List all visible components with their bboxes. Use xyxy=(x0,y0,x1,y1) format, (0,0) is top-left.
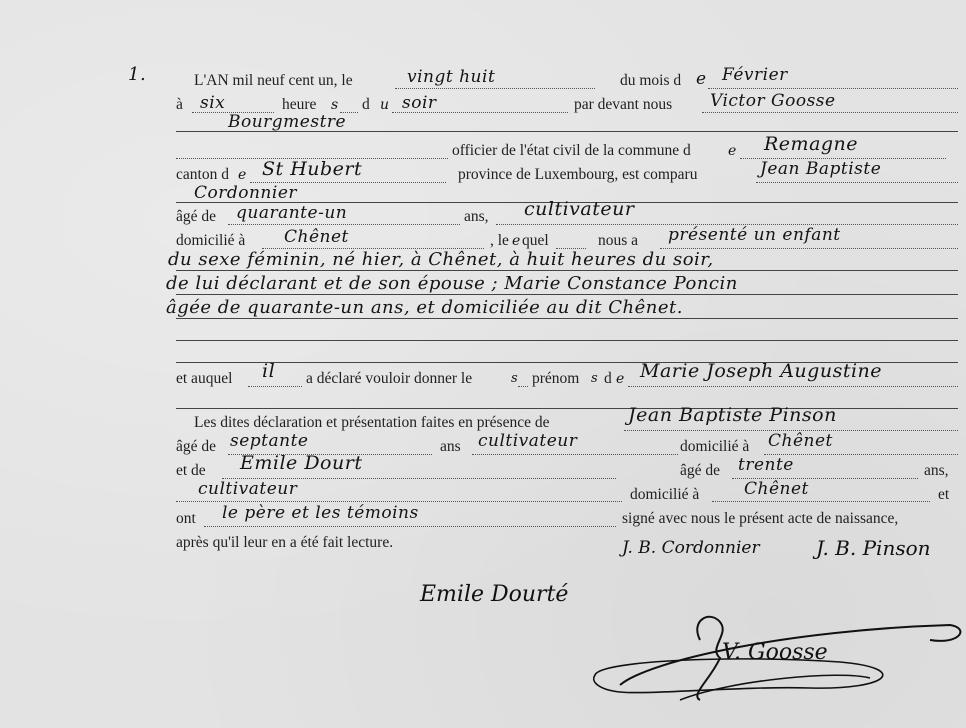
handwritten-signers: le père et les témoins xyxy=(222,504,419,522)
printed-nous-a: nous a xyxy=(598,232,638,250)
field-rule xyxy=(176,318,958,319)
printed-province-label: province de Luxembourg, est comparu xyxy=(458,166,697,184)
handwritten-day: vingt huit xyxy=(407,68,495,86)
printed-ans: ans, xyxy=(924,462,949,480)
printed-domicile-label: domicilié à xyxy=(680,438,749,456)
handwritten-commune: Remagne xyxy=(764,135,858,153)
field-line-witness1-profession xyxy=(472,454,678,455)
field-rule xyxy=(176,408,958,409)
signature-father: J. B. Cordonnier xyxy=(622,538,760,558)
field-line-signers xyxy=(204,526,616,527)
handwritten-witness2-domicile: Chênet xyxy=(744,480,809,498)
handwritten-month-prefix: e xyxy=(696,70,707,88)
field-line-witness2-profession xyxy=(176,501,622,502)
signature-witness2: Emile Dourté xyxy=(420,582,568,607)
field-rule xyxy=(176,340,958,341)
printed-age-label: âgé de xyxy=(176,208,216,226)
printed-le: , le xyxy=(490,232,509,250)
handwritten-witness2-name: Emile Dourt xyxy=(240,454,362,472)
field-line-pronoun xyxy=(248,386,302,387)
handwritten-child-given-names: Marie Joseph Augustine xyxy=(640,362,882,380)
handwritten-declarant-profession: cultivateur xyxy=(524,200,634,218)
printed-domicile-label: domicilié à xyxy=(630,486,699,504)
printed-domicile-label: domicilié à xyxy=(176,232,245,250)
handwritten-commune-prefix: e xyxy=(728,142,737,160)
handwritten-witness1-age: septante xyxy=(230,432,308,450)
handwritten-lequel-mark: e xyxy=(512,232,521,250)
handwritten-declarant-surname: Cordonnier xyxy=(194,184,297,202)
handwritten-declarant-age: quarante-un xyxy=(236,204,347,222)
signature-witness1: J. B. Pinson xyxy=(816,536,931,560)
field-rule xyxy=(176,294,958,295)
field-line-witness2-domicile xyxy=(712,501,930,502)
field-line-month xyxy=(708,88,958,89)
field-line-given-names xyxy=(628,386,958,387)
handwritten-witness1-domicile: Chênet xyxy=(768,432,833,450)
handwritten-declarant-domicile: Chênet xyxy=(284,228,349,246)
printed-reading-clause: après qu'il leur en a été fait lecture. xyxy=(176,534,393,552)
handwritten-birth-details-line3: âgée de quarante-un ans, et domiciliée a… xyxy=(166,299,683,317)
handwritten-witness1-name: Jean Baptiste Pinson xyxy=(628,406,837,424)
handwritten-pronoun: il xyxy=(262,362,275,380)
printed-par-devant-nous: par devant nous xyxy=(574,96,672,114)
handwritten-canton-prefix: e xyxy=(238,166,247,184)
printed-d: d xyxy=(362,96,370,114)
entry-number: 1. xyxy=(128,66,146,84)
printed-age-label: âgé de xyxy=(176,438,216,456)
printed-age-label: âgé de xyxy=(680,462,720,480)
handwritten-officer-title: Bourgmestre xyxy=(228,113,346,131)
field-line-officer xyxy=(702,112,958,113)
field-line-spacer xyxy=(518,386,528,387)
printed-et-auquel: et auquel xyxy=(176,370,232,388)
handwritten-hour: six xyxy=(200,94,225,112)
handwritten-names-prefix: e xyxy=(616,370,625,388)
handwritten-declarant-given-names: Jean Baptiste xyxy=(760,160,881,178)
printed-ans: ans xyxy=(440,438,461,456)
signature-flourish-icon xyxy=(590,600,966,710)
handwritten-witness2-age: trente xyxy=(738,456,794,474)
handwritten-presented: présenté un enfant xyxy=(668,226,841,244)
handwritten-officer-name: Victor Goosse xyxy=(710,92,836,110)
printed-quel: quel xyxy=(522,232,549,250)
handwritten-prenom-plural-2: s xyxy=(591,370,598,388)
document-page: 1. L'AN mil neuf cent un, le vingt huit … xyxy=(0,0,966,728)
printed-month-label: du mois d xyxy=(620,72,681,90)
printed-d: d xyxy=(604,370,612,388)
printed-ont: ont xyxy=(176,510,196,528)
printed-presence-intro: Les dites déclaration et présentation fa… xyxy=(194,414,549,432)
handwritten-canton: St Hubert xyxy=(262,160,362,178)
printed-declared: a déclaré vouloir donner le xyxy=(306,370,472,388)
field-rule xyxy=(176,270,958,271)
printed-ans: ans, xyxy=(464,208,489,226)
handwritten-witness2-profession: cultivateur xyxy=(198,480,297,498)
printed-officier-label: officier de l'état civil de la commune d xyxy=(452,142,691,160)
handwritten-month: Février xyxy=(722,66,788,84)
printed-year-intro: L'AN mil neuf cent un, le xyxy=(194,72,353,90)
handwritten-witness1-profession: cultivateur xyxy=(478,432,577,450)
handwritten-period: soir xyxy=(402,94,437,112)
printed-et-de: et de xyxy=(176,462,206,480)
handwritten-period-prefix: u xyxy=(380,96,390,114)
handwritten-birth-details-line2: de lui déclarant et de son épouse ; Mari… xyxy=(166,275,738,293)
printed-prenom: prénom xyxy=(532,370,579,388)
handwritten-birth-details-line1: du sexe féminin, né hier, à Chênet, à hu… xyxy=(168,251,714,269)
printed-signed-clause: signé avec nous le présent acte de naiss… xyxy=(622,510,898,528)
field-line-declarant-age xyxy=(228,224,460,225)
field-line-declarant xyxy=(756,182,958,183)
printed-et: et xyxy=(938,486,949,504)
printed-a: à xyxy=(176,96,183,114)
field-line-day xyxy=(395,88,595,89)
printed-canton-label: canton d xyxy=(176,166,229,184)
